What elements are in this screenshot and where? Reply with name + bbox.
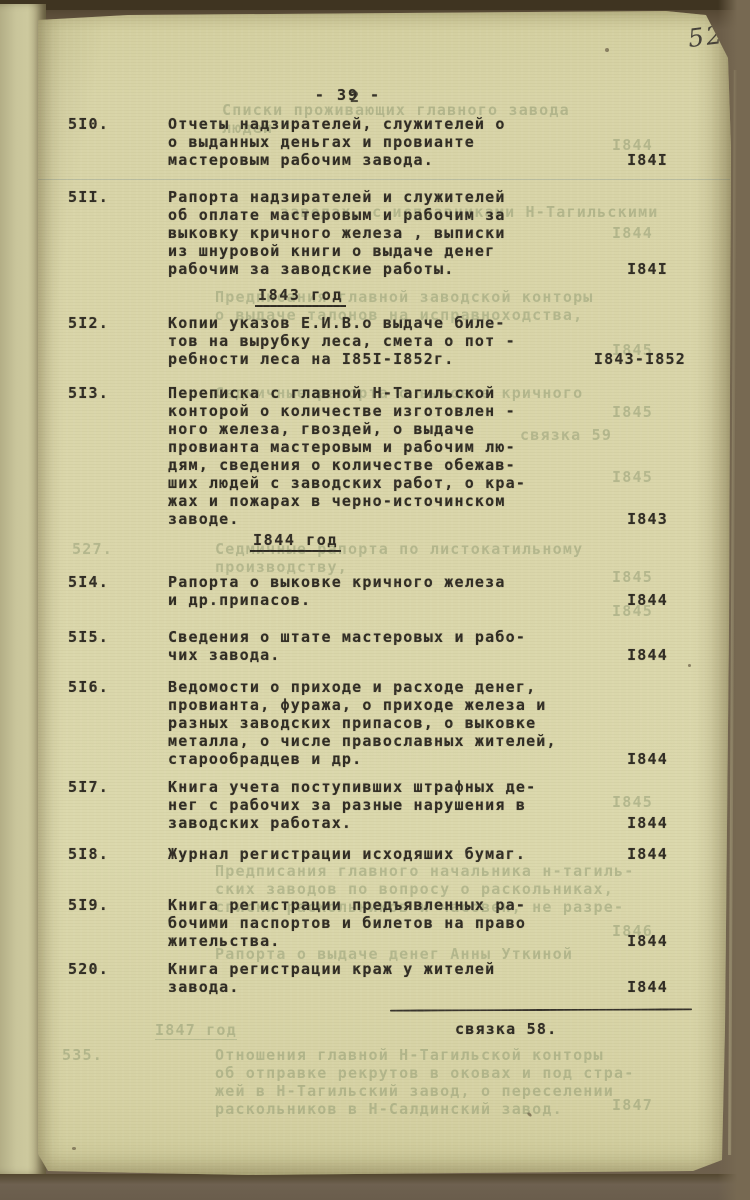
entry-year: I844 <box>627 646 668 664</box>
entry-year: I84I <box>627 151 668 169</box>
bleedthrough-text: Предписания главного начальника н-тагиль… <box>215 862 634 880</box>
bleedthrough-text: 527. <box>72 540 113 558</box>
entry-number: 5I6. <box>68 678 109 696</box>
inventory-entry-row: 5I7. Книга учета поступивших штрафных де… <box>38 778 732 832</box>
bleedthrough-text: Отношения главной Н-Тагильской конторы <box>215 1046 604 1064</box>
inventory-entry-row: 5I6. Ведомости о приходе и расходе денег… <box>38 678 732 768</box>
entry-year: I844 <box>627 750 668 768</box>
entry-number: 5I0. <box>68 115 109 133</box>
bleedthrough-text: 535. <box>62 1046 103 1064</box>
entry-number: 5I7. <box>68 778 109 796</box>
page-number: - 329 - <box>168 86 528 104</box>
scanned-document-page: Списки проживающих главного завода людей… <box>0 0 750 1200</box>
entry-year: I843 <box>627 510 668 528</box>
scan-artifact-line <box>38 179 730 180</box>
bleedthrough-text: жей в Н-Тагильский завод, о переселении <box>215 1082 614 1100</box>
entry-description: Копии указов Е.И.В.о выдаче биле- тов на… <box>168 314 604 368</box>
inventory-entry-row: 5I4. Рапорта о выковке кричного железа и… <box>38 573 732 609</box>
inventory-entry-row: 5I0. Отчеты надзирателей, служителей о о… <box>38 115 732 169</box>
entry-description: Ведомости о приходе и расходе денег, про… <box>168 678 604 768</box>
entry-number: 520. <box>68 960 109 978</box>
entry-year: I844 <box>627 591 668 609</box>
entry-year: I843-I852 <box>594 350 686 368</box>
entry-year: I844 <box>627 814 668 832</box>
entry-number: 5I8. <box>68 845 109 863</box>
inventory-entry-row: 5I3. Переписка с главной Н-Тагильской ко… <box>38 384 732 528</box>
entry-year: I844 <box>627 845 668 863</box>
paper-speck <box>605 48 609 52</box>
entry-description: Журнал регистрации исходяших бумаг. <box>168 845 604 863</box>
bundle-label: связка 58. <box>455 1020 557 1038</box>
entry-description: Книга учета поступивших штрафных де- нег… <box>168 778 604 832</box>
scan-background-top <box>0 0 750 10</box>
inventory-entry-row: 5I8. Журнал регистрации исходяших бумаг.… <box>38 845 732 863</box>
paper-speck <box>688 664 691 667</box>
inventory-entry-row: 5II. Рапорта надзирателей и служителей о… <box>38 188 732 278</box>
scan-background-bottom <box>0 1174 750 1200</box>
entry-description: Рапорта надзирателей и служителей об опл… <box>168 188 604 278</box>
page-number-suffix: - <box>359 86 381 104</box>
entry-description: Отчеты надзирателей, служителей о о выда… <box>168 115 604 169</box>
paper-speck <box>72 1147 76 1150</box>
entry-number: 5I3. <box>68 384 109 402</box>
bleedthrough-text: раскольников в Н-Салдинский завод. <box>215 1100 563 1118</box>
bleedthrough-text: об отправке рекрутов в оковах и под стра… <box>215 1064 634 1082</box>
entry-number: 5I9. <box>68 896 109 914</box>
overstruck-digit-under: 2 <box>350 88 361 106</box>
entry-number: 5II. <box>68 188 109 206</box>
bleedthrough-text: I847 <box>612 1096 653 1114</box>
inventory-entry-row: 5I2. Копии указов Е.И.В.о выдаче биле- т… <box>38 314 732 368</box>
bundle-separator-line <box>390 1008 692 1011</box>
inventory-entry-row: 520. Книга регистрации краж у жителей за… <box>38 960 732 996</box>
entry-description: Переписка с главной Н-Тагильской конторо… <box>168 384 604 528</box>
section-year-header-1844: I844 год <box>250 531 341 552</box>
entry-description: Книга регистрации предъявленных ра- бочи… <box>168 896 604 950</box>
bleedthrough-text: I847 год <box>155 1021 237 1040</box>
section-year-header-1843: I843 год <box>255 286 346 307</box>
inventory-entry-row: 5I9. Книга регистрации предъявленных ра-… <box>38 896 732 950</box>
entry-description: Рапорта о выковке кричного железа и др.п… <box>168 573 604 609</box>
entry-description: Книга регистрации краж у жителей завода. <box>168 960 604 996</box>
entry-year: I84I <box>627 260 668 278</box>
inventory-entry-row: 5I5. Сведения о штате мастеровых и рабо-… <box>38 628 732 664</box>
entry-number: 5I4. <box>68 573 109 591</box>
page-number-prefix: - 3 <box>315 86 348 104</box>
entry-description: Сведения о штате мастеровых и рабо- чих … <box>168 628 604 664</box>
entry-number: 5I5. <box>68 628 109 646</box>
entry-number: 5I2. <box>68 314 109 332</box>
paper-sheet: Списки проживающих главного завода людей… <box>38 8 732 1176</box>
overstruck-digit: 29 <box>348 86 359 104</box>
entry-year: I844 <box>627 978 668 996</box>
entry-year: I844 <box>627 932 668 950</box>
